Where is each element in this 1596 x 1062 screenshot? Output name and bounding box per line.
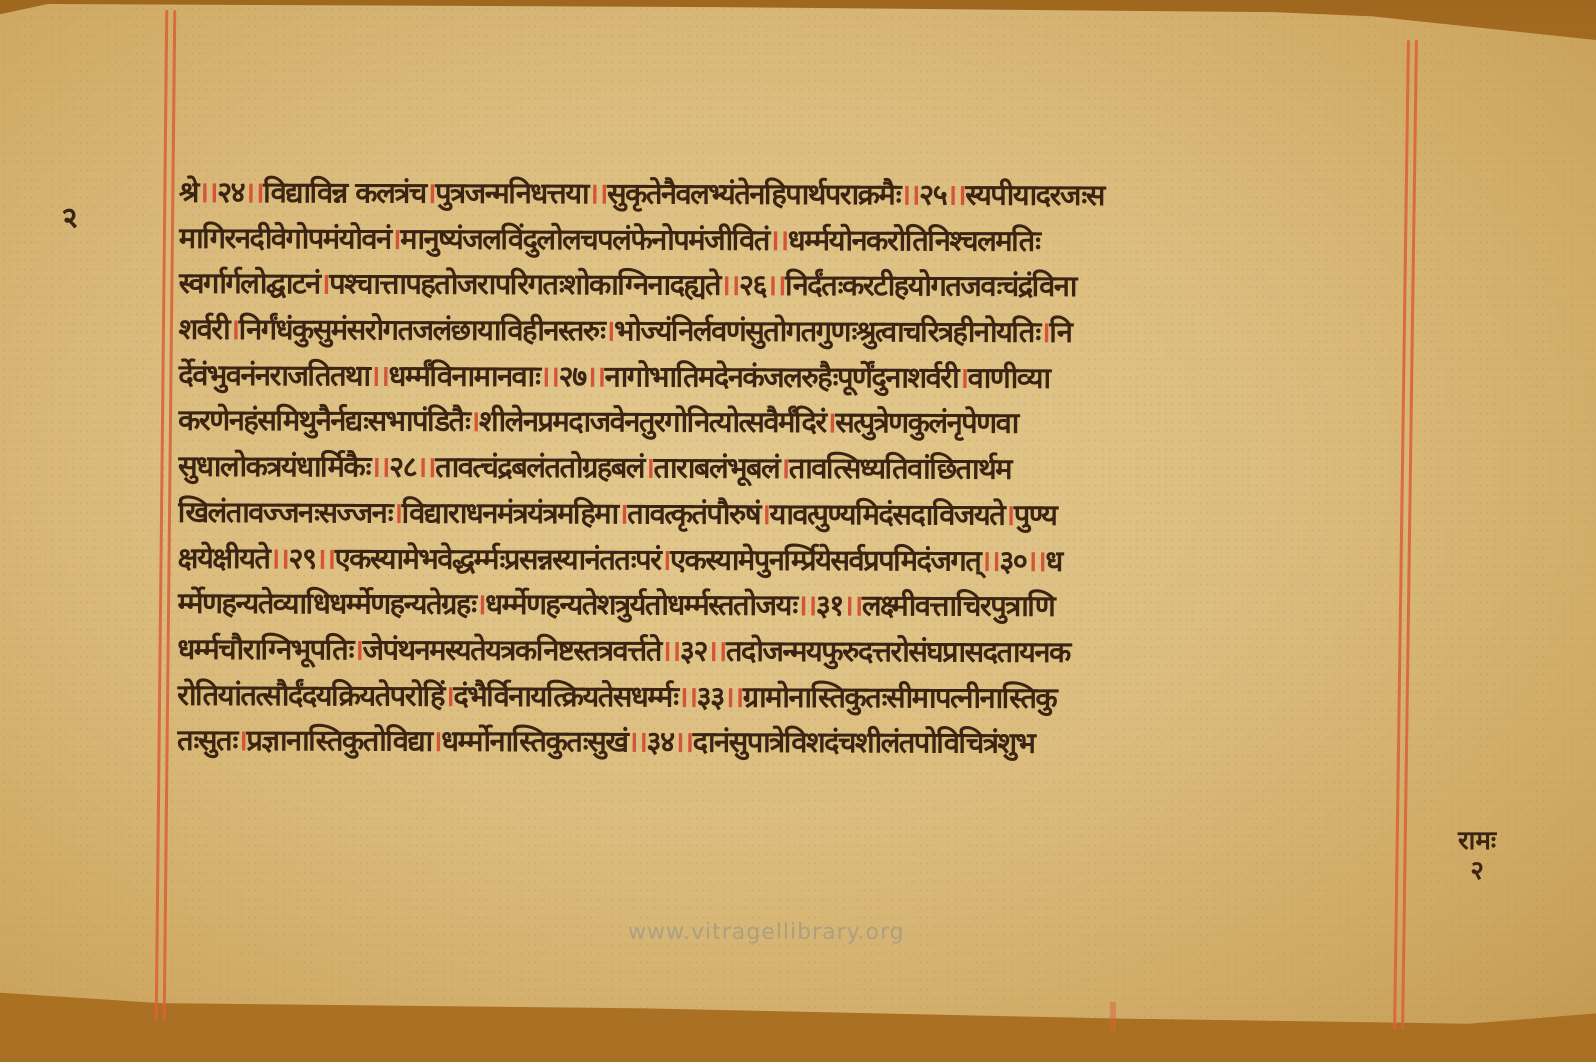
- text-line: मागिरनदीवेगोपमंयोवनं।मानुष्यंजलविंदुलोलच…: [179, 216, 1419, 266]
- text-line: धर्म्मचौराग्निभूपतिः।जेपंथनमस्यतेयत्रकनि…: [177, 627, 1417, 677]
- text-line: खिलंतावज्जनःसज्जनः।विद्याराधनमंत्रयंत्रम…: [178, 490, 1418, 540]
- text-line: क्षयेक्षीयते।।२९।।एकस्यामेभवेद्धर्म्मःप्…: [178, 535, 1418, 585]
- right-folio-number: २: [1458, 856, 1496, 886]
- right-marginal-note: रामः २: [1458, 826, 1496, 886]
- text-line: शर्वरी।निर्गंधंकुसुमंसरोगतजलंछायाविहीनस्…: [178, 307, 1418, 357]
- ink-stain: [1110, 1002, 1116, 1032]
- text-line: रोतियांतत्सौर्दंदयक्रियतेपरोहिं।दंभैर्वि…: [177, 672, 1417, 722]
- text-line: करणेनहंसमिथुनैर्नद्यःसभापंडितैः।शीलेनप्र…: [178, 398, 1418, 448]
- text-line: र्देवंभुवनंनराजतितथा।।धर्म्मंविनामानवाः।…: [178, 353, 1418, 403]
- text-line: सुधालोकत्रयंधार्मिकैः।।२८।।तावत्चंद्रबलं…: [178, 444, 1418, 494]
- text-line: तःसुतः।प्रज्ञानास्तिकुतोविद्या।धर्म्मोना…: [177, 718, 1417, 768]
- text-line: श्रे।।२४।।विद्याविन्न कलत्रंच।पुत्रजन्मन…: [179, 170, 1419, 220]
- marginal-label: रामः: [1458, 826, 1496, 856]
- text-line: र्म्मेणहन्यतेव्याधिधर्म्मेणहन्यतेग्रहः।ध…: [177, 581, 1417, 631]
- manuscript-text-block: श्रे।।२४।।विद्याविन्न कलत्रंच।पुत्रजन्मन…: [177, 170, 1419, 768]
- text-line: स्वर्गार्गलोद्घाटनं।पश्चात्तापहतोजरापरिग…: [179, 261, 1419, 311]
- watermark: www.vitragellibrary.org: [628, 920, 905, 945]
